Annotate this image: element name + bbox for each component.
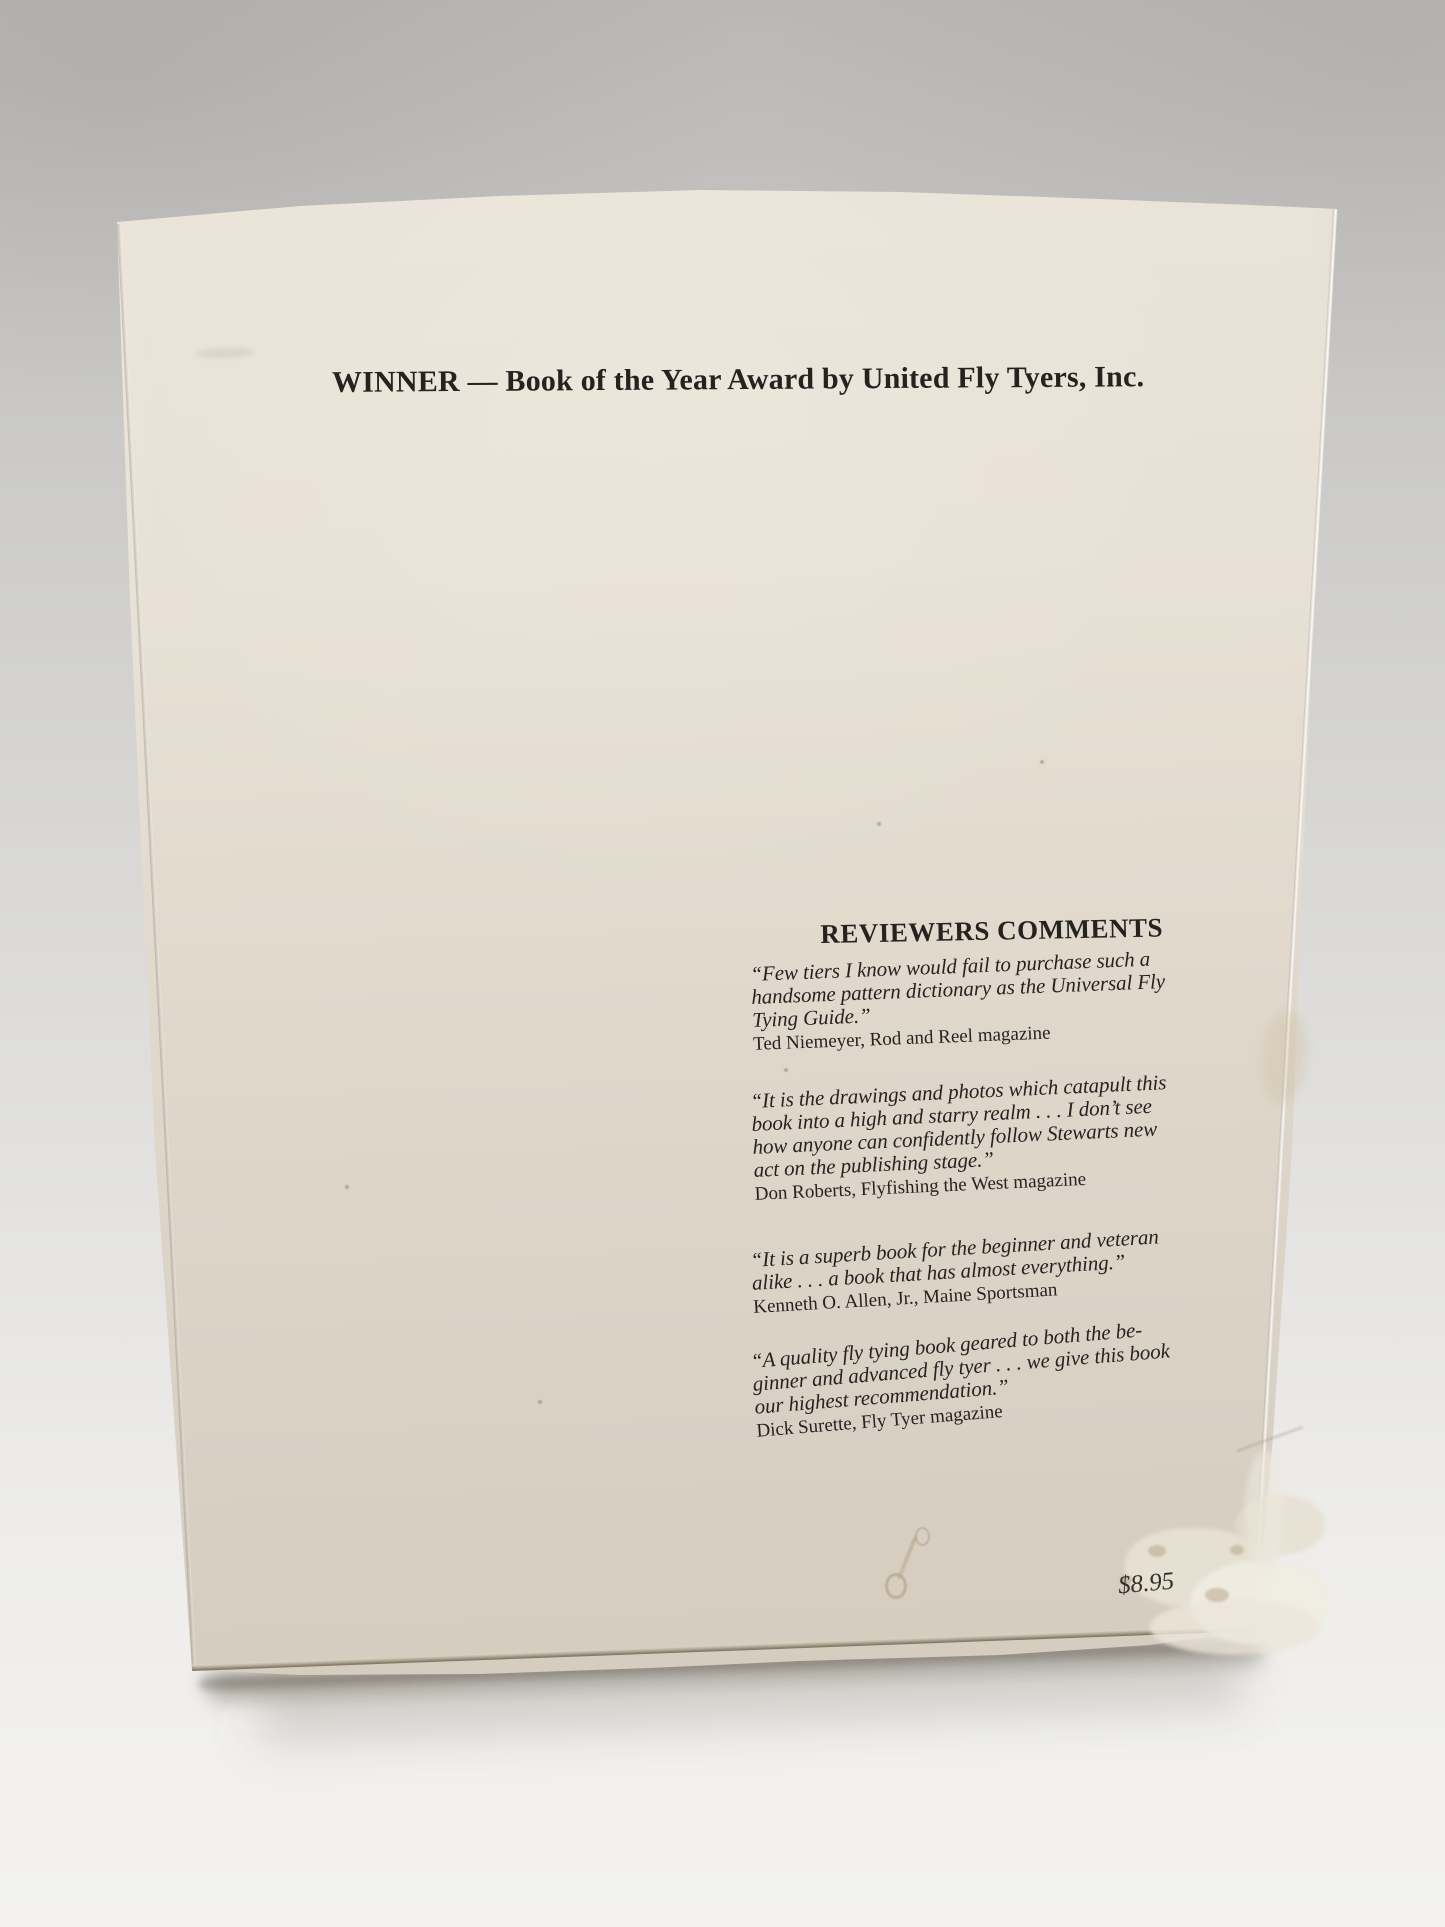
speck	[877, 822, 881, 826]
residue-fleck	[1205, 1588, 1229, 1602]
review-quote: “Few tiers I know would fail to purchase…	[750, 943, 1273, 1056]
stain-mark	[915, 1527, 930, 1546]
review-quote: “It is the drawings and photos which cat…	[750, 1066, 1275, 1205]
sticker-residue	[1150, 1600, 1320, 1655]
award-line: WINNER — Book of the Year Award by Unite…	[318, 360, 1158, 400]
sticker-residue	[1245, 1450, 1285, 1570]
residue-fleck	[1230, 1545, 1244, 1555]
residue-fleck	[1148, 1545, 1166, 1557]
price-text: $8.95	[1117, 1568, 1175, 1601]
speck	[538, 1400, 542, 1404]
reviews-heading: REVIEWERS COMMENTS	[820, 912, 1163, 950]
speck	[1040, 760, 1044, 764]
speck	[784, 1068, 788, 1072]
speck	[345, 1185, 349, 1189]
photo-backdrop: WINNER — Book of the Year Award by Unite…	[0, 0, 1445, 1927]
